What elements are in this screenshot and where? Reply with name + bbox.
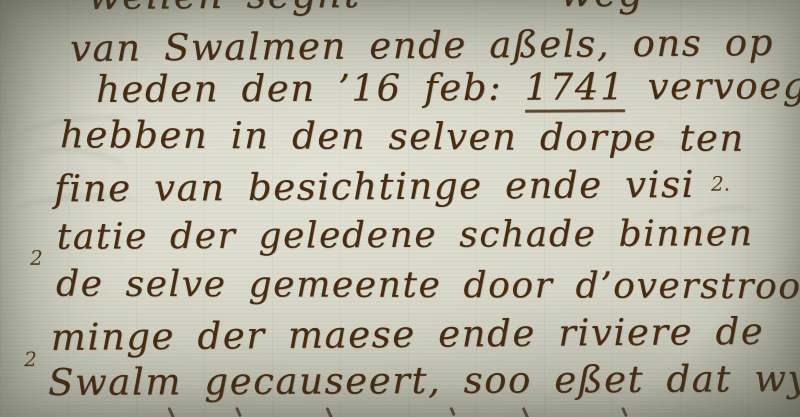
handwriting-line-4: fine van besichtinge ende visi2. <box>54 163 730 211</box>
line-text: tatie der geledene schade binnen <box>57 213 754 258</box>
hyphenation-mark: 2 <box>24 347 37 371</box>
handwriting-line-8: Swalm gecauseert, soo eßet dat wy <box>48 357 800 404</box>
stroke-top <box>621 407 628 417</box>
underlined-year: 1741 <box>524 65 625 113</box>
line-text: minge der maese ende riviere de <box>51 310 765 359</box>
line-text: de selve gemeente door d’overstroo <box>56 264 800 308</box>
stroke-top <box>235 407 242 417</box>
hyphenation-mark: 2 <box>30 246 43 270</box>
handwriting-line-2: heden den ’16 feb: 1741 vervoeght <box>96 64 800 111</box>
handwriting-line-6: de selve gemeente door d’overstroo2 <box>56 264 800 308</box>
stroke-top <box>167 407 175 417</box>
line-text: fine van besichtinge ende visi <box>54 163 695 210</box>
handwriting-line-7: 2minge der maese ende riviere de <box>24 310 765 359</box>
stroke-top <box>449 407 455 416</box>
date-line-suffix: vervoeght <box>625 64 800 108</box>
handwriting-line-1: van Swalmen ende aßels, ons op <box>70 21 774 70</box>
top-clipped-line-fragment: wellen seght <box>88 0 361 18</box>
stroke-top <box>325 407 333 417</box>
bottom-clipped-line-strokes <box>170 407 770 417</box>
date-line-prefix: heden den ’16 feb: <box>96 66 525 111</box>
stroke-top <box>522 407 530 417</box>
hyphenation-mark: 2. <box>711 172 730 196</box>
handwriting-line-5: 2tatie der geledene schade binnen <box>30 213 754 258</box>
handwriting-line-3: hebben in den selven dorpe ten <box>60 113 745 160</box>
top-clipped-line-fragment: weg <box>560 0 644 15</box>
manuscript-photo: wellen seght weg van Swalmen ende aßels,… <box>0 0 800 417</box>
